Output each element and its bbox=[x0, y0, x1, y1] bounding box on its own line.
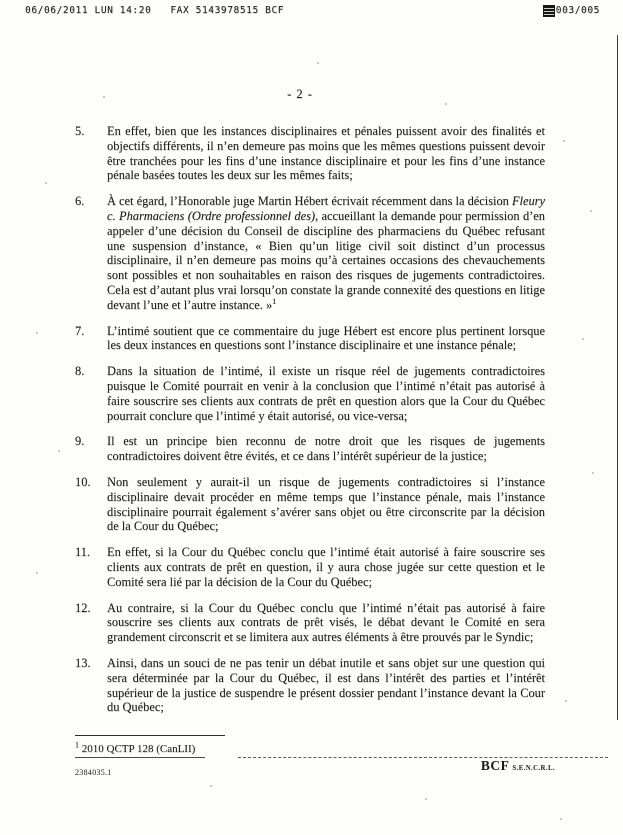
scan-noise bbox=[425, 798, 427, 800]
scan-noise bbox=[103, 96, 105, 98]
page-number: - 2 - bbox=[0, 87, 600, 102]
scan-noise bbox=[36, 572, 38, 574]
paragraph: 11.En effet, si la Cour du Québec conclu… bbox=[75, 545, 545, 589]
fax-page-count: 003/005 bbox=[556, 5, 600, 16]
paragraph: 10.Non seulement y aurait-il un risque d… bbox=[75, 475, 545, 534]
paragraph-number: 8. bbox=[75, 364, 107, 423]
footnote: 1 2010 QCTP 128 (CanLII) bbox=[75, 743, 205, 758]
footnote-area: 1 2010 QCTP 128 (CanLII) bbox=[75, 735, 615, 758]
docket-number: 2384035.1 bbox=[75, 768, 112, 777]
paragraph-text: En effet, si la Cour du Québec conclu qu… bbox=[107, 545, 545, 589]
firm-name: BCF bbox=[481, 758, 510, 773]
paragraph: 5.En effet, bien que les instances disci… bbox=[75, 124, 545, 183]
paragraph-number: 10. bbox=[75, 475, 107, 534]
fax-page-icon bbox=[544, 6, 554, 16]
scan-noise bbox=[560, 818, 562, 820]
firm-suffix: S.E.N.C.R.L. bbox=[512, 765, 555, 772]
paragraph: 7.L’intimé soutient que ce commentaire d… bbox=[75, 324, 545, 354]
scan-noise bbox=[565, 700, 567, 702]
scan-noise bbox=[590, 210, 592, 212]
footnote-separator-line bbox=[75, 735, 225, 736]
paragraph: 8.Dans la situation de l’intimé, il exis… bbox=[75, 364, 545, 423]
scan-noise bbox=[445, 103, 447, 105]
scan-noise bbox=[36, 332, 38, 334]
paragraph-number: 9. bbox=[75, 434, 107, 464]
scan-noise bbox=[563, 140, 565, 142]
paragraph-text: En effet, bien que les instances discipl… bbox=[107, 124, 545, 183]
paragraph-text: L’intimé soutient que ce commentaire du … bbox=[107, 324, 545, 354]
paragraph-number: 12. bbox=[75, 601, 107, 645]
scan-noise bbox=[210, 785, 212, 787]
paragraph: 13.Ainsi, dans un souci de ne pas tenir … bbox=[75, 656, 545, 715]
scan-noise bbox=[592, 472, 594, 474]
scan-noise bbox=[45, 182, 47, 184]
paragraph-text: Non seulement y aurait-il un risque de j… bbox=[107, 475, 545, 534]
paragraph-text: À cet égard, l’Honorable juge Martin Héb… bbox=[107, 194, 545, 312]
paragraph-text: Il est un principe bien reconnu de notre… bbox=[107, 434, 545, 464]
fax-document-page: 06/06/2011 LUN 14:20 FAX 5143978515 BCF … bbox=[0, 0, 623, 835]
paragraph: 12.Au contraire, si la Cour du Québec co… bbox=[75, 601, 545, 645]
firm-signature: BCFS.E.N.C.R.L. bbox=[481, 757, 555, 775]
footnote-text: 2010 QCTP 128 (CanLII) bbox=[79, 743, 195, 755]
paragraph-number: 6. bbox=[75, 194, 107, 312]
paragraph: 6.À cet égard, l’Honorable juge Martin H… bbox=[75, 194, 545, 312]
paragraph-text: Au contraire, si la Cour du Québec concl… bbox=[107, 601, 545, 645]
paragraph-list: 5.En effet, bien que les instances disci… bbox=[75, 124, 545, 726]
paragraph-text: Dans la situation de l’intimé, il existe… bbox=[107, 364, 545, 423]
fax-page-counter: 003/005 bbox=[544, 5, 600, 16]
scan-noise bbox=[582, 338, 584, 340]
paragraph-text: Ainsi, dans un souci de ne pas tenir un … bbox=[107, 656, 545, 715]
paragraph-number: 7. bbox=[75, 324, 107, 354]
scan-noise bbox=[58, 450, 60, 452]
paragraph: 9.Il est un principe bien reconnu de not… bbox=[75, 434, 545, 464]
paragraph-number: 11. bbox=[75, 545, 107, 589]
scan-noise bbox=[317, 62, 319, 64]
paragraph-number: 5. bbox=[75, 124, 107, 183]
scan-edge-line bbox=[617, 35, 619, 720]
fax-transmission-header: 06/06/2011 LUN 14:20 FAX 5143978515 BCF … bbox=[25, 5, 600, 16]
paragraph-number: 13. bbox=[75, 656, 107, 715]
fax-header-info: 06/06/2011 LUN 14:20 FAX 5143978515 BCF bbox=[25, 5, 284, 16]
